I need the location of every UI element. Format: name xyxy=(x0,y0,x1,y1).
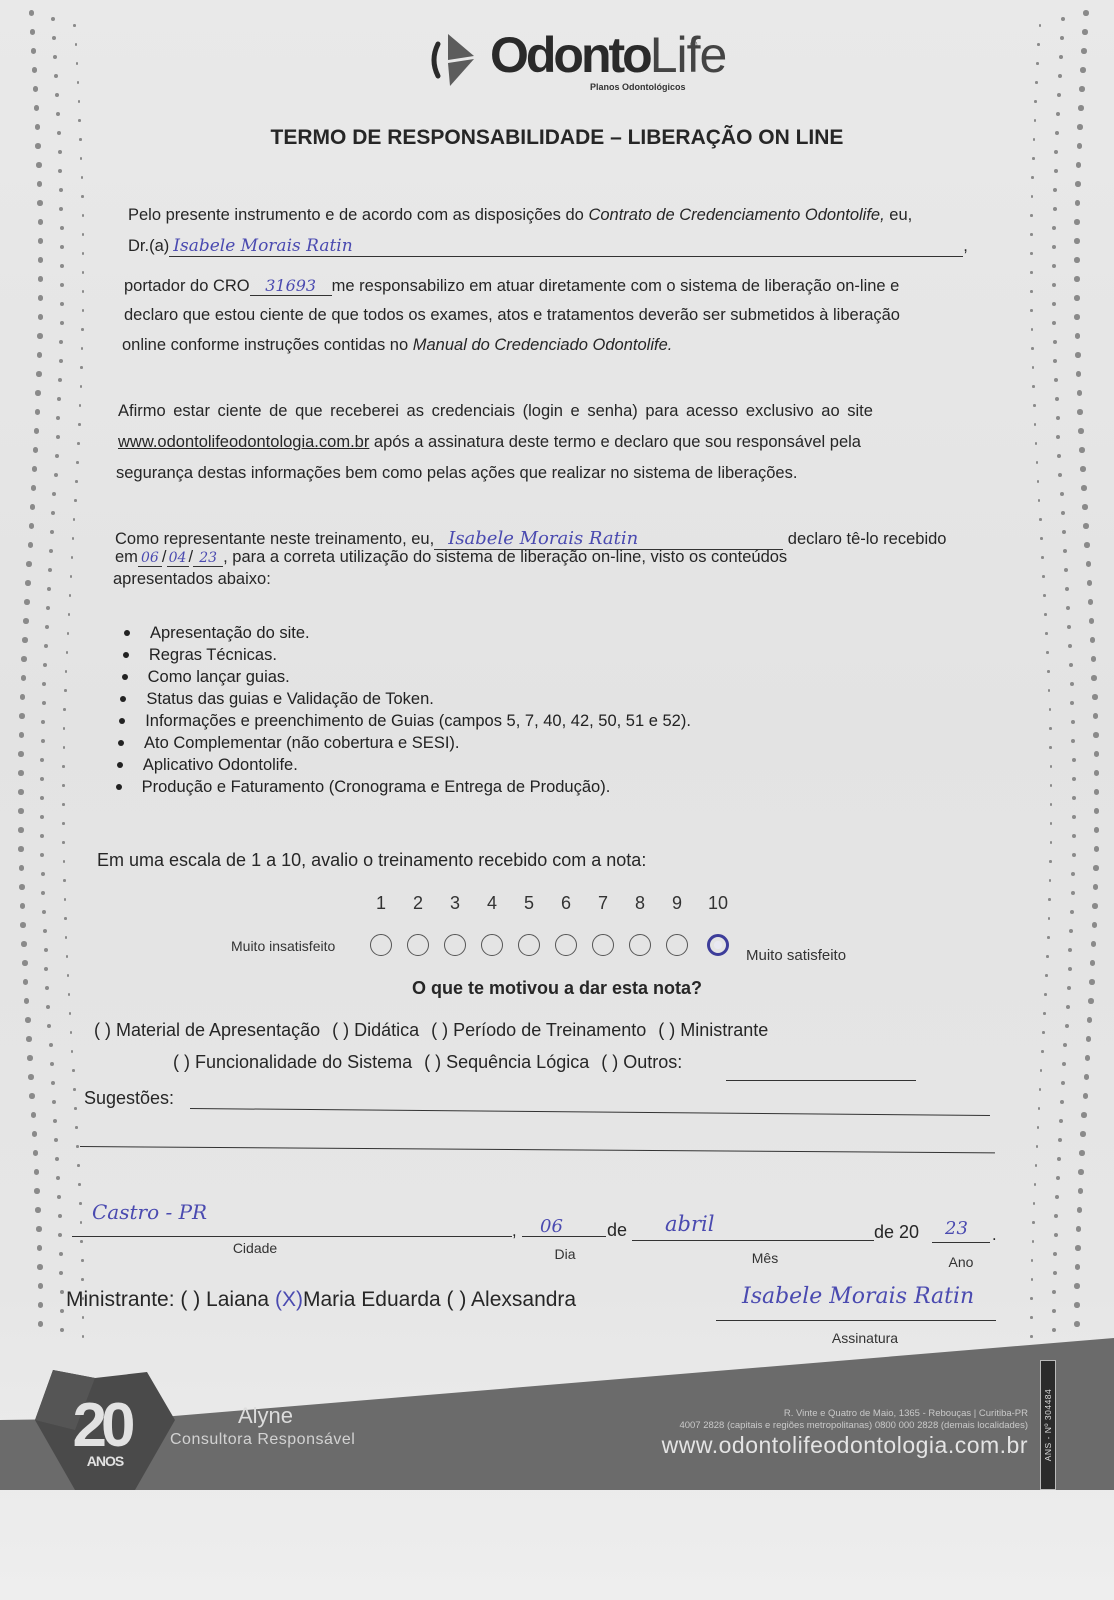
para1-line5: online conforme instruções contidas no M… xyxy=(122,336,672,355)
signature-value: Isabele Morais Ratin xyxy=(742,1284,974,1309)
others-field[interactable] xyxy=(726,1080,916,1081)
dr-label: Dr.(a) xyxy=(128,237,169,255)
rating-question: Em uma escala de 1 a 10, avalio o treina… xyxy=(97,850,646,871)
rating-number-2: 2 xyxy=(403,893,433,914)
para1-line4: declaro que estou ciente de que todos os… xyxy=(124,306,900,325)
para1-dr-line: Dr.(a)Isabele Morais Ratin, xyxy=(128,236,968,257)
rating-radio-8[interactable] xyxy=(629,934,651,956)
training-year-field[interactable]: 23 xyxy=(193,550,223,567)
para2-line3: segurança destas informações bem como pe… xyxy=(116,464,797,483)
registered-mark: ® xyxy=(690,40,697,51)
para2-line2: www.odontolifeodontologia.com.br após a … xyxy=(118,433,861,452)
signature-field[interactable] xyxy=(716,1320,996,1321)
logo-tagline: Planos Odontológicos xyxy=(590,82,686,92)
year-value: 23 xyxy=(945,1218,968,1239)
de-label-1: de xyxy=(607,1220,627,1241)
instructor-option-laiana[interactable]: ( ) Laiana xyxy=(180,1288,269,1311)
para3-date-line: em06/04/23, para a correta utilização do… xyxy=(115,548,787,567)
para3-line1: Como representante neste treinamento, eu… xyxy=(115,528,946,550)
twenty-years-badge-icon: 20 ANOS xyxy=(35,1370,175,1490)
topic-item: Apresentação do site. xyxy=(150,622,691,644)
para1-cro-line: portador do CRO31693me responsabilizo em… xyxy=(124,276,899,296)
year-field[interactable] xyxy=(932,1242,990,1243)
ans-registration-badge: ANS - Nº 304484 xyxy=(1040,1360,1056,1490)
dr-name-field[interactable]: Isabele Morais Ratin xyxy=(169,236,963,257)
rating-radio-5[interactable] xyxy=(518,934,540,956)
instructor-option-maria-eduarda[interactable]: Maria Eduarda xyxy=(303,1288,441,1311)
comma: , xyxy=(512,1222,517,1241)
topic-item: Ato Complementar (não cobertura e SESI). xyxy=(144,732,691,754)
consultant-role: Consultora Responsável xyxy=(170,1431,355,1449)
rating-radio-4[interactable] xyxy=(481,934,503,956)
day-label: Dia xyxy=(530,1246,600,1262)
topic-item: Produção e Faturamento (Cronograma e Ent… xyxy=(142,776,691,798)
company-website-link[interactable]: www.odontolifeodontologia.com.br xyxy=(662,1432,1028,1459)
rating-radio-2[interactable] xyxy=(407,934,429,956)
motivation-options-row1: ( ) Material de Apresentação( ) Didática… xyxy=(94,1020,780,1041)
instructor-option-maria-eduarda-mark[interactable]: (X) xyxy=(275,1288,303,1311)
rating-radio-1[interactable] xyxy=(370,934,392,956)
topic-item: Status das guias e Validação de Token. xyxy=(146,688,691,710)
motivation-option[interactable]: ( ) Material de Apresentação xyxy=(94,1020,320,1040)
rating-number-3: 3 xyxy=(440,893,470,914)
company-phones: 4007 2828 (capitais e regiões metropolit… xyxy=(679,1420,1028,1431)
rating-radio-10[interactable] xyxy=(707,934,729,956)
rating-radio-7[interactable] xyxy=(592,934,614,956)
topic-item: Informações e preenchimento de Guias (ca… xyxy=(145,710,691,732)
rating-number-1: 1 xyxy=(366,893,396,914)
document-page: OdontoLife ® Planos Odontológicos TERMO … xyxy=(0,0,1114,1600)
rating-number-6: 6 xyxy=(551,893,581,914)
logo-mark-icon xyxy=(428,30,480,88)
month-label: Mês xyxy=(730,1250,800,1266)
rating-number-9: 9 xyxy=(662,893,692,914)
decorative-dots-left xyxy=(0,0,120,1380)
suggestions-label: Sugestões: xyxy=(84,1088,174,1109)
topic-item: Como lançar guias. xyxy=(148,666,691,688)
motivation-options-row2: ( ) Funcionalidade do Sistema( ) Sequênc… xyxy=(173,1052,694,1073)
odontolife-logo: OdontoLife ® Planos Odontológicos xyxy=(428,26,708,96)
motivation-question: O que te motivou a dar esta nota? xyxy=(0,978,1114,999)
cro-number-field[interactable]: 31693 xyxy=(250,276,332,296)
rating-radio-6[interactable] xyxy=(555,934,577,956)
rating-number-10: 10 xyxy=(703,893,733,914)
rating-number-8: 8 xyxy=(625,893,655,914)
svg-text:20: 20 xyxy=(73,1391,133,1460)
footer: 20 ANOS Alyne Consultora Responsável R. … xyxy=(0,1330,1114,1490)
month-field[interactable] xyxy=(632,1240,874,1241)
instructor-label: Ministrante: xyxy=(66,1288,175,1311)
decorative-dots-right xyxy=(994,0,1114,1380)
motivation-option[interactable]: ( ) Ministrante xyxy=(658,1020,768,1040)
day-value: 06 xyxy=(540,1216,563,1237)
de-label-2: de 20 xyxy=(874,1222,919,1243)
training-month-field[interactable]: 04 xyxy=(167,550,189,567)
logo-wordmark: OdontoLife xyxy=(490,26,726,84)
rating-number-4: 4 xyxy=(477,893,507,914)
rating-radio-3[interactable] xyxy=(444,934,466,956)
company-address: R. Vinte e Quatro de Maio, 1365 - Rebouç… xyxy=(784,1408,1028,1419)
motivation-option[interactable]: ( ) Sequência Lógica xyxy=(424,1052,589,1072)
topic-item: Aplicativo Odontolife. xyxy=(143,754,691,776)
motivation-option[interactable]: ( ) Funcionalidade do Sistema xyxy=(173,1052,412,1072)
motivation-option[interactable]: ( ) Didática xyxy=(332,1020,419,1040)
para2-line1: Afirmo estar ciente de que receberei as … xyxy=(118,402,873,421)
rating-radio-9[interactable] xyxy=(666,934,688,956)
motivation-option[interactable]: ( ) Período de Treinamento xyxy=(431,1020,646,1040)
suggestions-field-line1[interactable] xyxy=(190,1108,990,1116)
para3-line3: apresentados abaixo: xyxy=(113,570,271,589)
document-title: TERMO DE RESPONSABILIDADE – LIBERAÇÃO ON… xyxy=(0,126,1114,150)
month-value: abril xyxy=(665,1212,714,1236)
consultant-name: Alyne xyxy=(238,1403,293,1429)
instructor-line: Ministrante: ( ) Laiana (X)Maria Eduarda… xyxy=(66,1288,576,1312)
year-label: Ano xyxy=(936,1254,986,1270)
rating-min-label: Muito insatisfeito xyxy=(231,938,335,954)
site-link[interactable]: www.odontolifeodontologia.com.br xyxy=(118,433,369,451)
motivation-option[interactable]: ( ) Outros: xyxy=(601,1052,682,1072)
representative-name-field[interactable]: Isabele Morais Ratin xyxy=(434,528,783,550)
rating-number-7: 7 xyxy=(588,893,618,914)
city-value: Castro - PR xyxy=(92,1200,207,1224)
topic-item: Regras Técnicas. xyxy=(149,644,691,666)
period: . xyxy=(992,1226,997,1245)
svg-text:ANOS: ANOS xyxy=(87,1453,124,1469)
training-day-field[interactable]: 06 xyxy=(138,550,162,567)
training-topics-list: Apresentação do site.Regras Técnicas.Com… xyxy=(120,622,691,798)
city-field[interactable] xyxy=(72,1236,512,1237)
rating-number-5: 5 xyxy=(514,893,544,914)
day-field[interactable] xyxy=(522,1236,606,1237)
instructor-option-alexsandra[interactable]: ( ) Alexsandra xyxy=(447,1288,577,1311)
rating-max-label: Muito satisfeito xyxy=(746,947,846,964)
para1-line1: Pelo presente instrumento e de acordo co… xyxy=(128,206,912,225)
suggestions-field-line2[interactable] xyxy=(80,1146,995,1153)
city-label: Cidade xyxy=(200,1240,310,1256)
